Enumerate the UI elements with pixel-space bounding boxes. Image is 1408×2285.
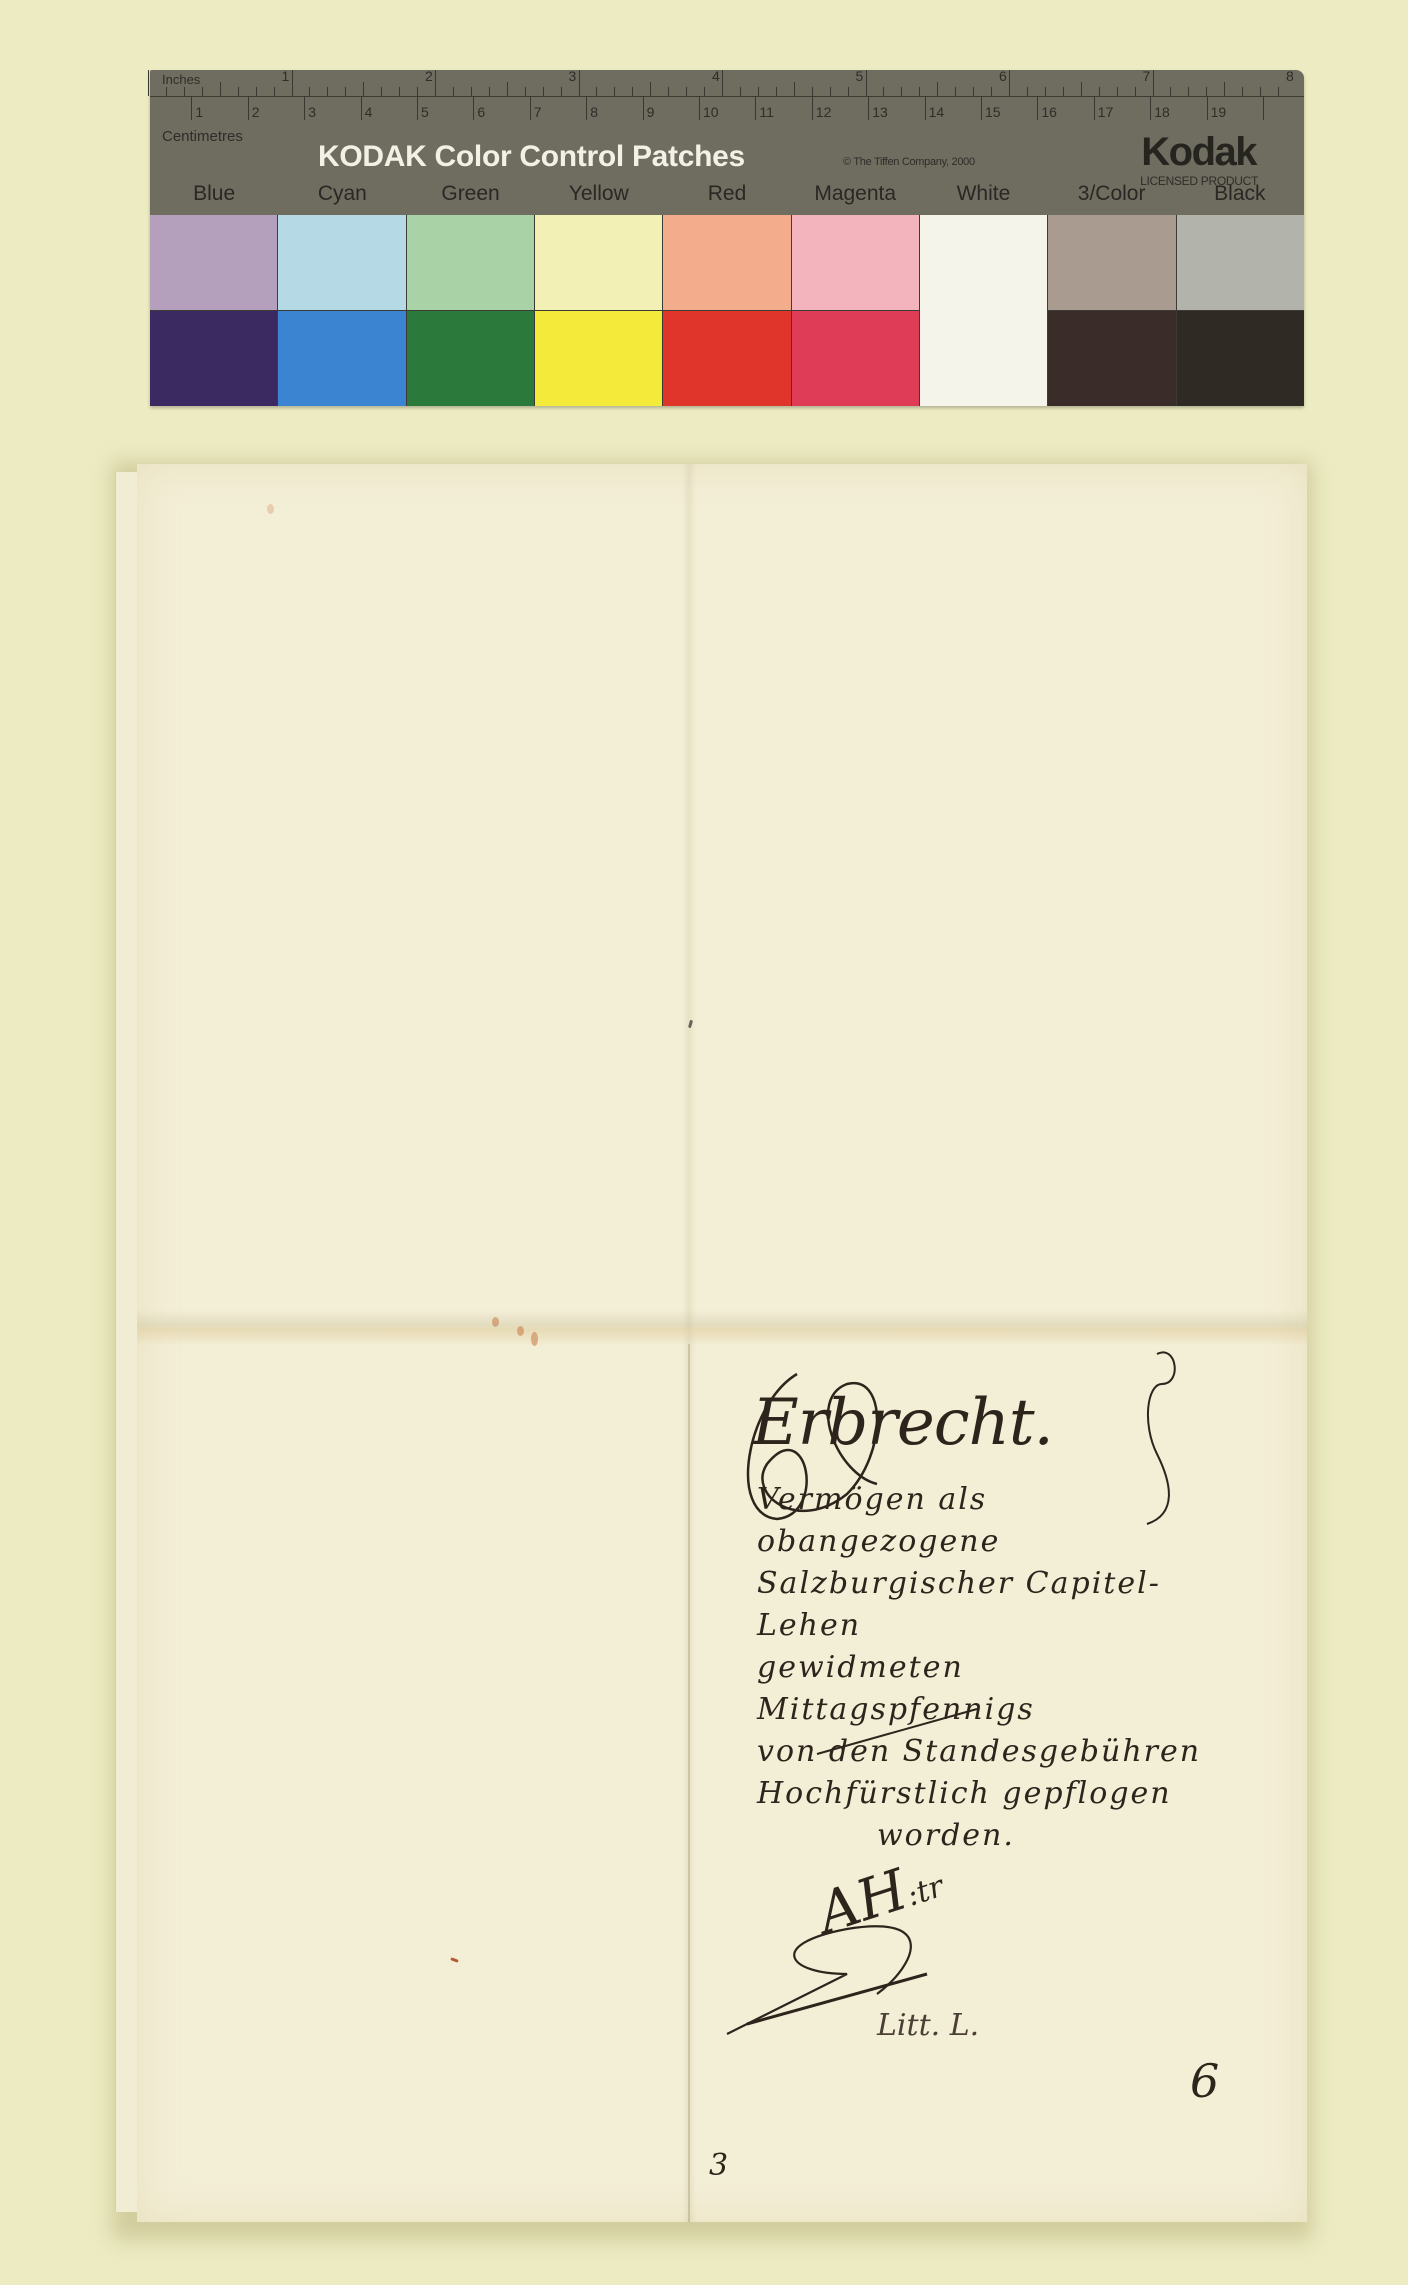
centimetre-ruler: 12345678910111213141516171819 [150, 96, 1304, 130]
horizontal-fold [137, 1310, 1307, 1346]
patch-label: Yellow [535, 182, 663, 212]
cm-tick [699, 96, 700, 120]
patch-dark [1177, 311, 1304, 406]
inch-tick [668, 87, 669, 96]
patch-dark [407, 311, 534, 406]
inch-tick-label: 1 [282, 68, 290, 84]
patch-label: Black [1176, 182, 1304, 212]
cm-tick-label: 19 [1211, 104, 1227, 120]
inch-tick [435, 70, 436, 96]
inch-tick [1117, 87, 1118, 96]
patch-cyan [278, 215, 406, 406]
cm-tick-label: 8 [590, 104, 598, 120]
inch-tick-label: 3 [569, 68, 577, 84]
body-line: gewidmeten Mittagspfennigs [757, 1647, 1217, 1731]
kodak-color-target: Inches 12345678 123456789101112131415161… [150, 70, 1304, 406]
patch-light [150, 215, 277, 311]
patch-label: Magenta [791, 182, 919, 212]
inch-tick [1081, 82, 1082, 96]
patch-light [407, 215, 534, 311]
cm-tick-label: 6 [477, 104, 485, 120]
inch-tick [202, 87, 203, 96]
inch-tick [1135, 87, 1136, 96]
document-body: Vermögen als obangezogene Salzburgischer… [757, 1479, 1217, 1857]
inch-tick-label: 6 [999, 68, 1007, 84]
cm-tick [1037, 96, 1038, 120]
target-title: KODAK Color Control Patches [318, 140, 745, 174]
inch-tick [883, 87, 884, 96]
cm-tick-label: 18 [1154, 104, 1170, 120]
foxing-stain [267, 504, 274, 514]
cm-tick [248, 96, 249, 120]
cm-tick [868, 96, 869, 120]
cm-tick [812, 96, 813, 120]
inch-tick [794, 82, 795, 96]
inch-tick [686, 87, 687, 96]
inch-tick [471, 87, 472, 96]
cm-tick [1150, 96, 1151, 120]
inch-tick [561, 87, 562, 96]
foxing-stain [517, 1326, 524, 1336]
inch-tick [1099, 87, 1100, 96]
cm-tick [1263, 96, 1264, 120]
cm-tick-label: 14 [929, 104, 945, 120]
patch-dark [663, 311, 790, 406]
cm-tick-label: 15 [985, 104, 1001, 120]
inch-tick [363, 82, 364, 96]
inch-tick [381, 87, 382, 96]
cm-tick-label: 9 [647, 104, 655, 120]
inch-tick [1170, 87, 1171, 96]
inch-tick [596, 87, 597, 96]
body-line: Salzburgischer Capitel-Lehen [757, 1563, 1217, 1647]
patch-light [1177, 215, 1304, 311]
inch-tick [973, 87, 974, 96]
foxing-stain [531, 1332, 538, 1346]
paper-speck [450, 1957, 459, 1963]
reference-mark: Litt. L. [877, 2008, 979, 2043]
inch-tick-label: 4 [712, 68, 720, 84]
patch-light [663, 215, 790, 311]
patch-label: 3/Color [1048, 182, 1176, 212]
body-line: worden. [757, 1815, 1217, 1857]
inch-tick [812, 87, 813, 96]
patch-3-color [1048, 215, 1176, 406]
cm-tick [191, 96, 192, 120]
patch-light [920, 215, 1047, 311]
inch-tick [830, 87, 831, 96]
kodak-logo: Kodak [1141, 130, 1256, 175]
patch-light [792, 215, 919, 311]
body-line: Hochfürstlich gepflogen [757, 1773, 1217, 1815]
inch-tick [650, 82, 651, 96]
cm-tick [755, 96, 756, 120]
patch-magenta [792, 215, 920, 406]
inch-tick [955, 87, 956, 96]
cm-tick-label: 17 [1098, 104, 1114, 120]
cm-tick-label: 10 [703, 104, 719, 120]
inch-tick [1278, 87, 1279, 96]
inch-tick [848, 87, 849, 96]
cm-tick-label: 11 [759, 104, 774, 120]
cm-tick [981, 96, 982, 120]
inch-tick [632, 87, 633, 96]
cm-tick-label: 12 [816, 104, 832, 120]
inch-tick [220, 82, 221, 96]
body-line: Vermögen als obangezogene [757, 1479, 1217, 1563]
body-line: von den Standesgebühren [757, 1731, 1217, 1773]
inch-tick [327, 87, 328, 96]
patch-light [278, 215, 405, 311]
patch-yellow [535, 215, 663, 406]
copyright-text: © The Tiffen Company, 2000 [843, 156, 975, 168]
cm-tick [304, 96, 305, 120]
cm-tick-label: 7 [534, 104, 542, 120]
inch-tick [292, 70, 293, 96]
folio-number: 6 [1190, 2054, 1219, 2108]
cm-tick [417, 96, 418, 120]
inch-tick-label: 8 [1286, 68, 1294, 84]
inch-tick [345, 87, 346, 96]
inch-tick [507, 82, 508, 96]
inch-tick [866, 70, 867, 96]
color-patches [150, 215, 1304, 406]
inch-tick [1009, 70, 1010, 96]
inch-tick [309, 87, 310, 96]
inch-tick [274, 87, 275, 96]
inch-tick [614, 87, 615, 96]
inch-tick [1027, 87, 1028, 96]
inch-tick [256, 87, 257, 96]
inch-tick-label: 7 [1143, 68, 1151, 84]
inch-tick [489, 87, 490, 96]
inch-tick [184, 87, 185, 96]
document-heading: Erbrecht. [752, 1386, 1053, 1460]
inch-tick [722, 70, 723, 96]
inch-tick [1063, 87, 1064, 96]
cm-tick [643, 96, 644, 120]
cm-tick-label: 4 [365, 104, 373, 120]
inch-tick [776, 87, 777, 96]
inch-tick [758, 87, 759, 96]
cm-tick-label: 3 [308, 104, 316, 120]
patch-label: Green [406, 182, 534, 212]
inch-tick [1260, 87, 1261, 96]
inch-tick [1242, 87, 1243, 96]
inch-tick [148, 70, 149, 96]
cm-tick [1207, 96, 1208, 120]
inch-tick [417, 87, 418, 96]
patch-label: Blue [150, 182, 278, 212]
patch-black [1177, 215, 1304, 406]
patch-dark [792, 311, 919, 406]
inch-tick-label: 5 [856, 68, 864, 84]
cm-tick-label: 2 [252, 104, 260, 120]
patch-white [920, 215, 1048, 406]
cm-tick [1094, 96, 1095, 120]
cm-tick [586, 96, 587, 120]
vertical-fold-crease [688, 1344, 690, 2222]
patch-light [535, 215, 662, 311]
inch-tick [991, 87, 992, 96]
patch-label: Red [663, 182, 791, 212]
inch-tick [1153, 70, 1154, 96]
patch-dark [535, 311, 662, 406]
inches-label: Inches [162, 72, 200, 87]
patch-label: White [919, 182, 1047, 212]
patch-light [1048, 215, 1175, 311]
patch-dark [1048, 311, 1175, 406]
cm-tick-label: 16 [1041, 104, 1057, 120]
cm-tick [925, 96, 926, 120]
inch-tick [919, 87, 920, 96]
inch-tick [937, 82, 938, 96]
cm-tick-label: 5 [421, 104, 429, 120]
inch-tick [704, 87, 705, 96]
patch-dark [920, 311, 1047, 407]
cm-tick-label: 13 [872, 104, 888, 120]
foxing-stain [492, 1317, 499, 1327]
inch-tick [166, 87, 167, 96]
inch-tick [1206, 87, 1207, 96]
patch-red [663, 215, 791, 406]
inch-ruler: Inches 12345678 [150, 70, 1304, 97]
inch-tick [1188, 87, 1189, 96]
patch-blue [150, 215, 278, 406]
corner-number: 3 [709, 2148, 728, 2183]
centimetres-label: Centimetres [162, 128, 243, 145]
patch-dark [150, 311, 277, 406]
inch-tick [1045, 87, 1046, 96]
inch-tick [238, 87, 239, 96]
patch-label: Cyan [278, 182, 406, 212]
cm-tick [530, 96, 531, 120]
inch-tick [543, 87, 544, 96]
patch-labels: Blue Cyan Green Yellow Red Magenta White… [150, 182, 1304, 212]
inch-tick [740, 87, 741, 96]
patch-dark [278, 311, 405, 406]
cm-tick-label: 1 [195, 104, 203, 120]
cm-tick [473, 96, 474, 120]
manuscript-sheet: Erbrecht. Vermögen als obangezogene Salz… [137, 464, 1307, 2222]
inch-tick [399, 87, 400, 96]
inch-tick [453, 87, 454, 96]
inch-tick [901, 87, 902, 96]
inch-tick [1224, 82, 1225, 96]
cm-tick [361, 96, 362, 120]
inch-tick [525, 87, 526, 96]
inch-tick [579, 70, 580, 96]
inch-tick-label: 2 [425, 68, 433, 84]
patch-green [407, 215, 535, 406]
